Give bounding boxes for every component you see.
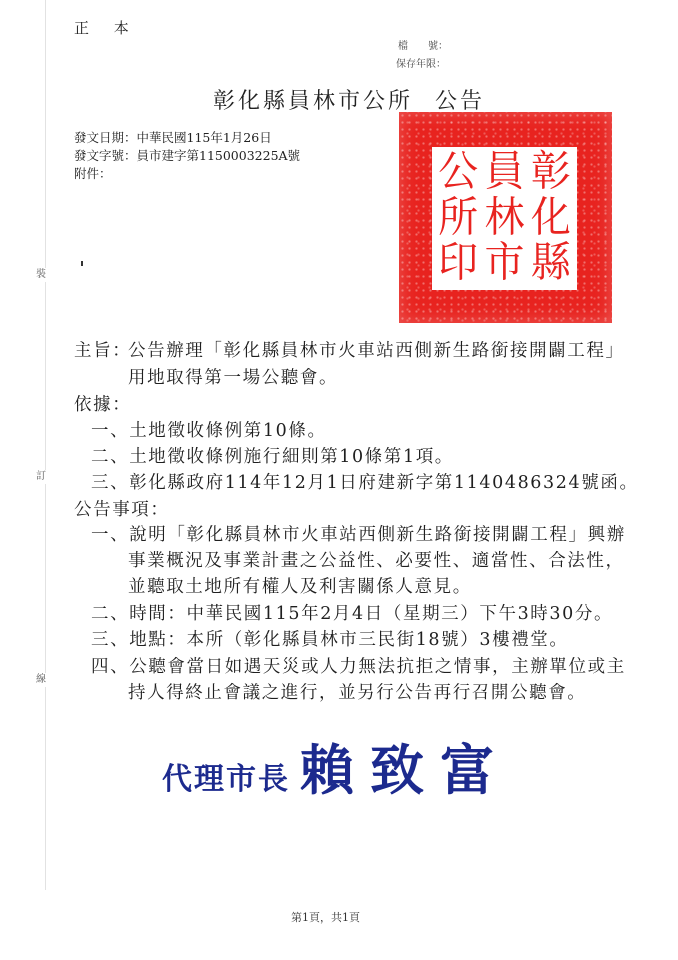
binding-label-xian: 線 (36, 673, 46, 687)
notice-item-2: 二、時間：中華民國115年2月4日（星期三）下午3時30分。 (91, 601, 613, 628)
notice-item-1-line-2: 事業概況及事業計畫之公益性、必要性、適當性、合法性， (128, 548, 625, 575)
issue-date: 發文日期：中華民國115年1月26日 (74, 128, 272, 146)
issue-number: 發文字號：員市建字第1150003225A號 (74, 146, 300, 164)
subject-line-1: 公告辦理「彰化縣員林市火車站西側新生路銜接開闢工程」 (128, 338, 625, 365)
scan-speck (81, 261, 83, 266)
title-org: 彰化縣員林市公所 (213, 89, 413, 114)
notice-item-1-line-1: 一、說明「彰化縣員林市火車站西側新生路銜接開闢工程」興辦 (91, 522, 626, 549)
subject-label: 主旨： (74, 338, 131, 365)
notice-item-4-line-2: 持人得終止會議之進行，並另行公告再行召開公聽會。 (128, 680, 586, 707)
seal-char: 員 (481, 149, 527, 197)
notice-item-4-line-1: 四、公聽會當日如遇天災或人力無法抗拒之情事，主辦單位或主 (91, 654, 626, 681)
page-number: 第1頁，共1頁 (291, 909, 360, 925)
notice-item-3: 三、地點：本所（彰化縣員林市三民街18號）3樓禮堂。 (91, 627, 569, 654)
title-type: 公告 (435, 89, 485, 114)
notice-label: 公告事項： (74, 497, 170, 524)
subject-line-2: 用地取得第一場公聽會。 (128, 365, 338, 392)
copy-mark: 正 本 (74, 17, 139, 38)
retention-period-label: 保存年限： (396, 55, 446, 70)
basis-item-2: 二、土地徵收條例施行細則第10條第1項。 (91, 444, 454, 471)
seal-char: 林 (481, 195, 527, 243)
seal-char: 縣 (528, 240, 574, 288)
signature-block: 代理市長賴致富 (162, 728, 510, 805)
attachment-label: 附件： (74, 164, 112, 182)
seal-char: 彰 (528, 149, 574, 197)
signature-name: 賴致富 (300, 739, 510, 802)
basis-item-1: 一、土地徵收條例第10條。 (91, 418, 327, 445)
seal-char: 公 (435, 149, 481, 197)
binding-label-zhuang: 裝 (36, 268, 46, 282)
basis-item-3: 三、彰化縣政府114年12月1日府建新字第1140486324號函。 (91, 470, 639, 497)
seal-char: 所 (435, 195, 481, 243)
seal-char: 化 (528, 195, 574, 243)
file-number-label: 檔 號： (398, 37, 448, 52)
binding-label-ding: 訂 (36, 470, 46, 484)
document-title: 彰化縣員林市公所公告 (213, 84, 485, 115)
basis-label: 依據： (74, 392, 131, 419)
notice-item-1-line-3: 並聽取土地所有權人及利害關係人意見。 (128, 574, 472, 601)
seal-char: 印 (435, 240, 481, 288)
signature-title: 代理市長 (162, 762, 290, 797)
seal-char: 市 (481, 240, 527, 288)
binding-line (45, 0, 46, 890)
seal-inner-field: 彰 員 公 化 林 所 縣 市 印 (432, 147, 577, 290)
official-seal: 彰 員 公 化 林 所 縣 市 印 (399, 112, 612, 323)
